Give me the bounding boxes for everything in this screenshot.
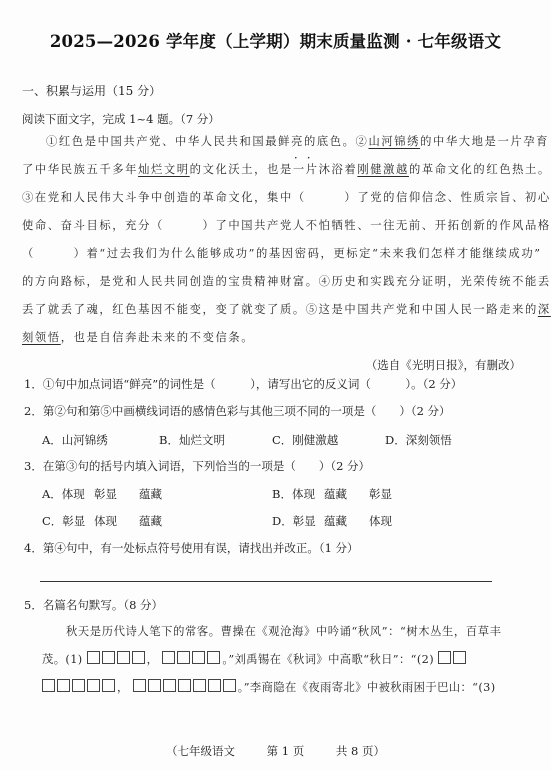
passage-text: 的中华大地是一片孕育 (420, 135, 549, 148)
passage-source: （选自《光明日报》，有删改） (366, 357, 521, 373)
underlined-phrase: 山河锦绣 (368, 135, 420, 148)
option-word: 蕴藏 (139, 513, 162, 529)
passage-text: 。”刘禹锡在《秋词》中高歌“秋日”：“(2) (222, 653, 434, 666)
passage-text: 丢了就丢了魂，红色基因不能变，变了就变了质。⑤这是中国共产党和中国人民一路走来的 (22, 303, 538, 316)
q5-paragraph-line-3: ， 。”李商隐在《夜雨寄北》中被秋雨困于巴山：“(3) (42, 674, 550, 702)
q2-option-a: A．山河锦绣 (42, 432, 108, 448)
option-label: A．体现 (42, 486, 94, 502)
q5-paragraph-line-1: 秋天是历代诗人笔下的常客。曹操在《观沧海》中吟诵“秋风”：“树木丛生，百草丰 (42, 618, 512, 646)
passage-text: 的底色。② (304, 135, 369, 148)
q2-option-d: D．深刻领悟 (385, 432, 452, 448)
passage-text: ①红色是中国共产党、中华人民共和国最 (46, 135, 278, 148)
footer-page-number: 第 1 页 (267, 744, 305, 758)
option-word: 蕴藏 (324, 486, 369, 502)
question-3: 3．在第③句的括号内填入词语，下列恰当的一项是（ ）（2 分） (24, 458, 370, 474)
q5-paragraph-line-2: 茂。(1) ， 。”刘禹锡在《秋词》中高歌“秋日”：“(2) (42, 646, 550, 674)
emphasis-dot-char: 亮 (291, 135, 304, 148)
q3-option-c: C．彰显体现蕴藏 (42, 513, 162, 529)
passage-line-1: ①红色是中国共产党、中华人民共和国最鲜亮的底色。②山河锦绣的中华大地是一片孕育 (22, 128, 530, 156)
blank-number: 茂。(1) (42, 653, 83, 666)
option-word: 体现 (94, 513, 139, 529)
passage-line-3: ③在党和人民伟大斗争中创造的革命文化，集中（ ）了党的信仰信念、性质宗旨、初心 (22, 184, 530, 212)
passage-text: 的文化沃土，也是一片沐浴着 (190, 163, 358, 176)
passage-text: ，也是自信奔赴未来的不变信条。 (61, 331, 254, 344)
option-word: 蕴藏 (324, 513, 369, 529)
passage-text: 了中华民族五千多年 (22, 163, 138, 176)
comma: ， (117, 681, 129, 694)
underlined-phrase: 刚健激越 (357, 163, 409, 176)
underlined-phrase: 刻领悟 (22, 331, 61, 344)
fill-blank-1a[interactable] (87, 653, 147, 666)
footer-total-pages: 共 8 页） (336, 744, 385, 758)
question-4: 4．第④句中，有一处标点符号使用有误，请找出并改正。（1 分） (24, 540, 359, 556)
passage-line-7: 丢了就丢了魂，红色基因不能变，变了就变了质。⑤这是中国共产党和中国人民一路走来的… (22, 296, 530, 324)
q3-option-d: D．彰显蕴藏体现 (272, 513, 392, 529)
fill-blank-2a-start[interactable] (438, 653, 468, 666)
q2-option-b: B．灿烂文明 (159, 432, 225, 448)
option-word: 体现 (369, 513, 392, 529)
option-label: B．体现 (272, 486, 324, 502)
comma: ， (147, 653, 159, 666)
passage-line-6: 的方向路标，是党和人民共同创造的宝贵精神财富。④历史和实践充分证明，光荣传统不能… (22, 268, 530, 296)
passage-text: 。”李商隐在《夜雨寄北》中被秋雨困于巴山：“(3) (238, 681, 496, 694)
q2-option-c: C．刚健激越 (272, 432, 338, 448)
question-2: 2．第②句和第⑤中画横线词语的感情色彩与其他三项不同的一项是（ ）（2 分） (24, 403, 451, 419)
option-word: 彰显 (94, 486, 139, 502)
fill-blank-2a-end[interactable] (42, 681, 117, 694)
q3-option-a: A．体现彰显蕴藏 (42, 486, 162, 502)
passage-text: 的革命文化的红色热土。 (409, 163, 551, 176)
footer-subject: （七年级语文 (166, 744, 235, 758)
passage-line-8: 刻领悟，也是自信奔赴未来的不变信条。 (22, 324, 530, 352)
q3-option-b: B．体现蕴藏彰显 (272, 486, 392, 502)
page-footer: （七年级语文 第 1 页 共 8 页） (0, 743, 551, 759)
answer-line[interactable] (40, 581, 492, 582)
option-word: 蕴藏 (139, 486, 162, 502)
question-5: 5．名篇名句默写。（8 分） (24, 597, 163, 613)
reading-instruction: 阅读下面文字，完成 1~4 题。（7 分） (22, 111, 220, 127)
passage-line-4: 使命、奋斗目标，充分（ ）了中国共产党人不怕牺牲、一往无前、开拓创新的作风品格， (22, 212, 530, 240)
passage-line-2: 了中华民族五千多年灿烂文明的文化沃土，也是一片沐浴着刚健激越的革命文化的红色热土… (22, 156, 530, 184)
underlined-phrase: 灿烂文明 (138, 163, 190, 176)
question-1: 1．①句中加点词语“鲜亮”的词性是（ ），请写出它的反义词（ ）。（2 分） (24, 376, 462, 392)
underlined-phrase: 深 (538, 303, 551, 316)
exam-title: 2025—2026 学年度（上学期）期末质量监测 · 七年级语文 (0, 28, 551, 52)
fill-blank-2b[interactable] (133, 681, 238, 694)
section-heading: 一、积累与运用（15 分） (22, 82, 161, 99)
exam-page: 2025—2026 学年度（上学期）期末质量监测 · 七年级语文 一、积累与运用… (0, 0, 551, 770)
option-word: 彰显 (369, 486, 392, 502)
passage-line-5: （ ）着“过去我们为什么能够成功”的基因密码，更标定“未来我们怎样才能继续成功” (22, 240, 530, 268)
option-label: D．彰显 (272, 513, 324, 529)
option-label: C．彰显 (42, 513, 94, 529)
fill-blank-1b[interactable] (162, 653, 222, 666)
